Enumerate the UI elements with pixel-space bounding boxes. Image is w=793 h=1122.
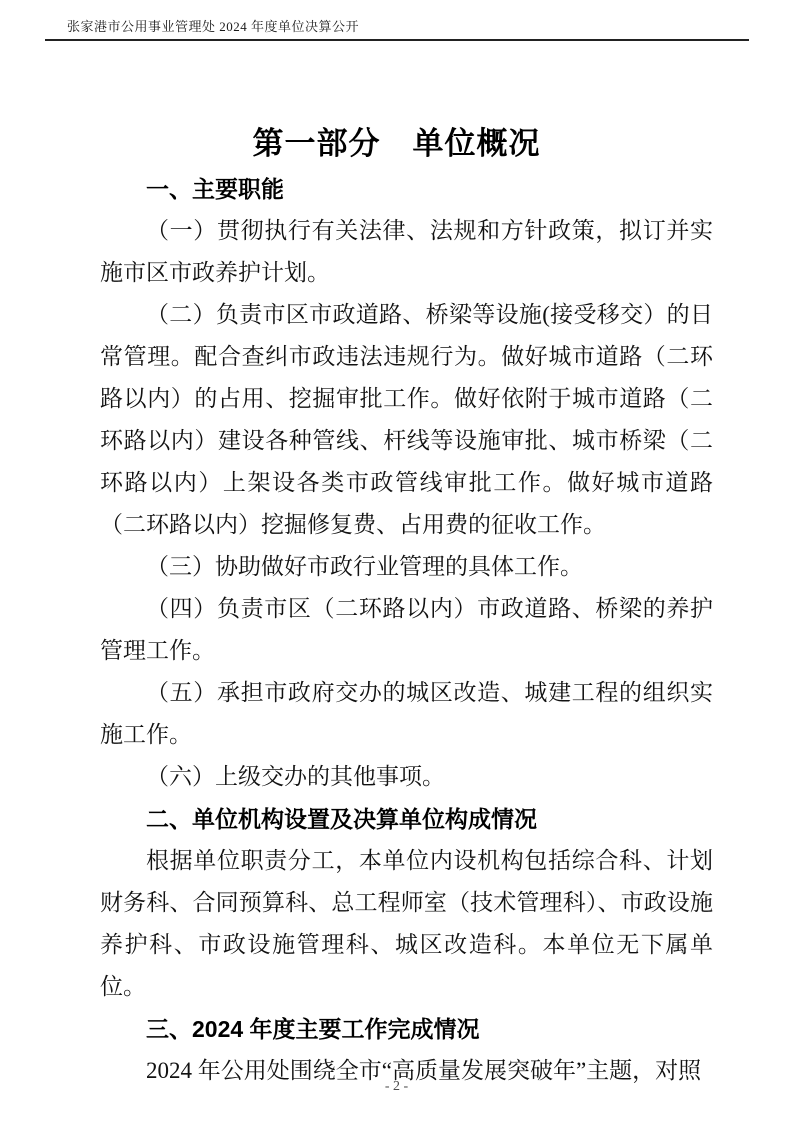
paragraph: （二）负责市区市政道路、桥梁等设施(接受移交）的日常管理。配合查纠市政违法违规行… xyxy=(100,294,713,546)
paragraph: （四）负责市区（二环路以内）市政道路、桥梁的养护管理工作。 xyxy=(100,588,713,672)
paragraph: （五）承担市政府交办的城区改造、城建工程的组织实施工作。 xyxy=(100,672,713,756)
page-header: 张家港市公用事业管理处 2024 年度单位决算公开 xyxy=(45,16,749,41)
page-number: - 2 - xyxy=(0,1077,793,1097)
document-page: 张家港市公用事业管理处 2024 年度单位决算公开 第一部分 单位概况 一、主要… xyxy=(0,0,793,1122)
paragraph: （一）贯彻执行有关法律、法规和方针政策，拟订并实施市区市政养护计划。 xyxy=(100,210,713,294)
section-heading: 一、主要职能 xyxy=(100,168,713,210)
section-heading: 三、2024 年度主要工作完成情况 xyxy=(100,1008,713,1050)
paragraph: （三）协助做好市政行业管理的具体工作。 xyxy=(100,546,713,588)
page-title: 第一部分 单位概况 xyxy=(0,118,793,163)
section-heading: 二、单位机构设置及决算单位构成情况 xyxy=(100,798,713,840)
document-body: 一、主要职能（一）贯彻执行有关法律、法规和方针政策，拟订并实施市区市政养护计划。… xyxy=(100,168,713,1092)
header-text: 张家港市公用事业管理处 2024 年度单位决算公开 xyxy=(45,16,359,35)
paragraph: 根据单位职责分工，本单位内设机构包括综合科、计划财务科、合同预算科、总工程师室（… xyxy=(100,840,713,1008)
paragraph: （六）上级交办的其他事项。 xyxy=(100,756,713,798)
